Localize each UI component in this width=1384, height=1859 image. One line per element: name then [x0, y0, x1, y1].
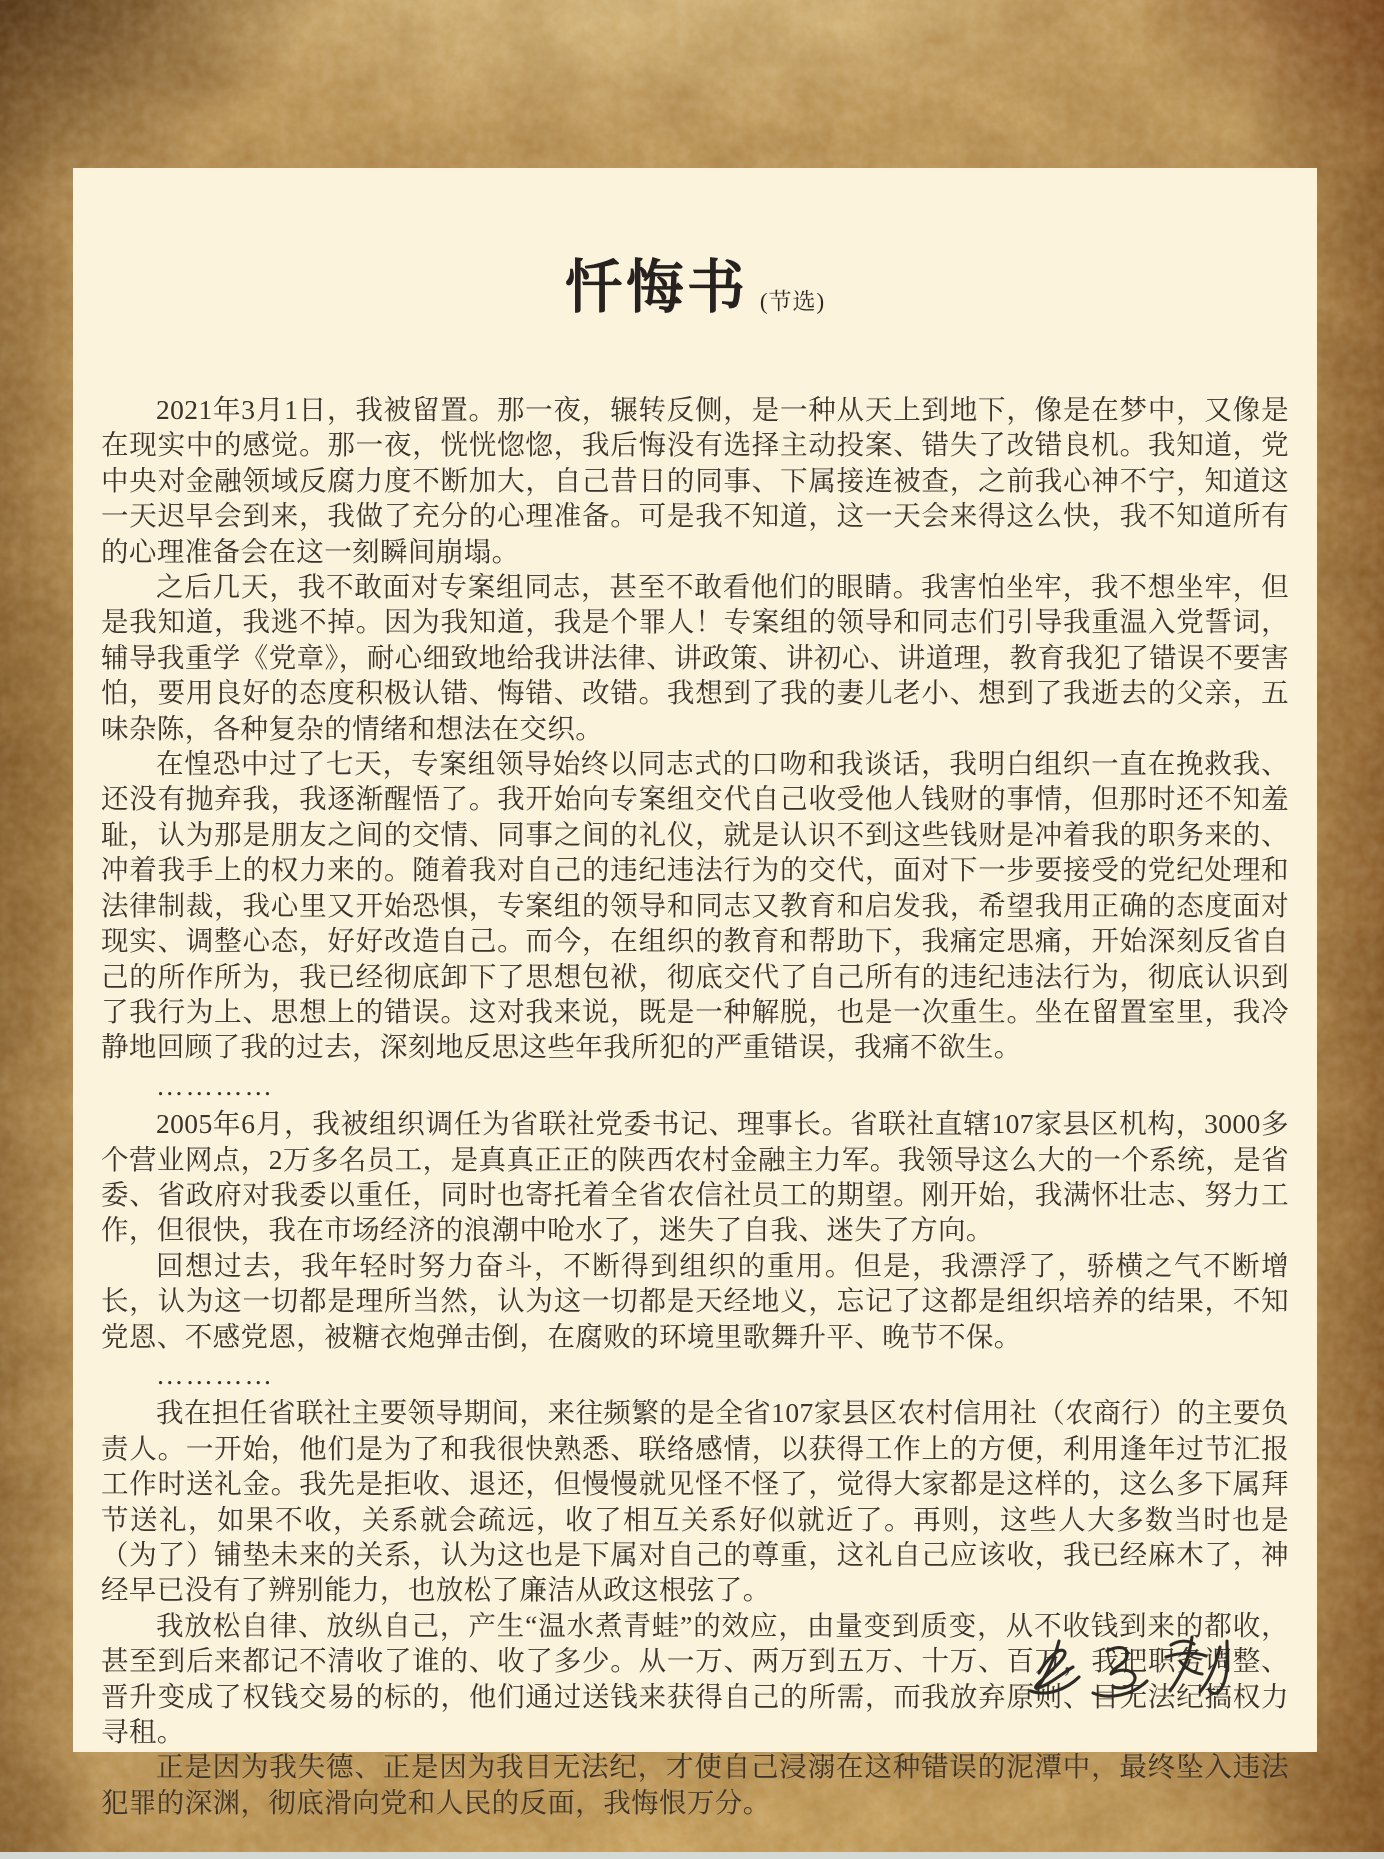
title-subtitle: (节选) — [760, 289, 825, 314]
confession-paragraph: 2005年6月，我被组织调任为省联社党委书记、理事长。省联社直辖107家县区机构… — [101, 1106, 1289, 1248]
confession-paragraph: 回想过去，我年轻时努力奋斗，不断得到组织的重用。但是，我漂浮了，骄横之气不断增长… — [101, 1248, 1289, 1354]
confession-paragraph: 在惶恐中过了七天，专案组领导始终以同志式的口吻和我谈话，我明白组织一直在挽救我、… — [101, 746, 1289, 1065]
confession-paragraph: 正是因为我失德、正是因为我目无法纪，才使自己浸溺在这种错误的泥潭中，最终坠入违法… — [101, 1749, 1289, 1820]
scan-edge-strip — [0, 1852, 1384, 1859]
title-text: 忏悔书 — [565, 255, 748, 320]
screenshot-root: 忏悔书(节选) 2021年3月1日，我被留置。那一夜，辗转反侧，是一种从天上到地… — [0, 0, 1384, 1859]
confession-paragraph: 之后几天，我不敢面对专案组同志，甚至不敢看他们的眼睛。我害怕坐牢，我不想坐牢，但… — [101, 569, 1289, 746]
confession-paragraph: 2021年3月1日，我被留置。那一夜，辗转反侧，是一种从天上到地下，像是在梦中，… — [101, 392, 1289, 569]
ellipsis-separator: ………… — [101, 1068, 1289, 1103]
confession-body: 2021年3月1日，我被留置。那一夜，辗转反侧，是一种从天上到地下，像是在梦中，… — [101, 392, 1289, 1820]
confession-paragraph: 我在担任省联社主要领导期间，来往频繁的是全省107家县区农村信用社（农商行）的主… — [101, 1395, 1289, 1607]
document-page: 忏悔书(节选) 2021年3月1日，我被留置。那一夜，辗转反侧，是一种从天上到地… — [73, 168, 1317, 1752]
page-title: 忏悔书(节选) — [101, 252, 1289, 336]
signature-handwriting — [1023, 1623, 1253, 1719]
ellipsis-separator: ………… — [101, 1357, 1289, 1392]
